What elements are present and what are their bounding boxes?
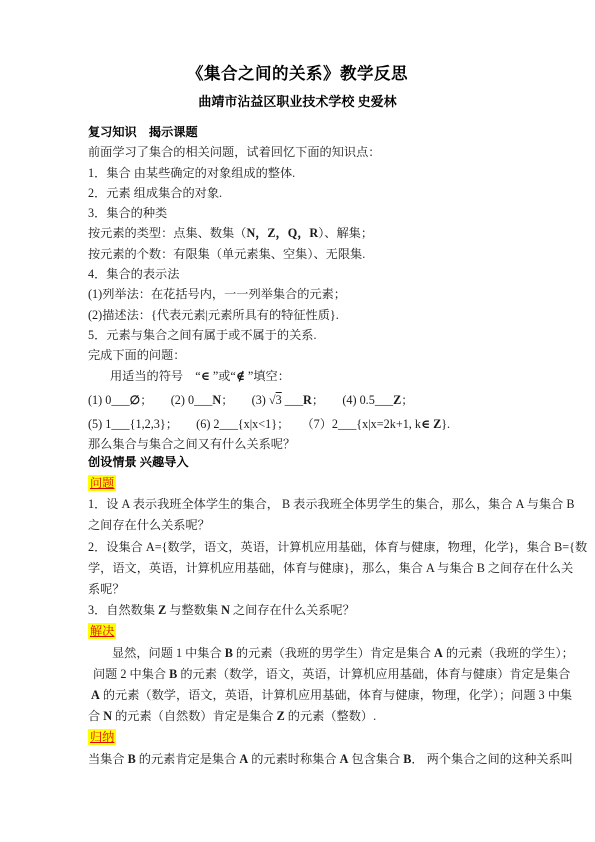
text-segment: 按元素的类型：点集、数集（	[88, 226, 246, 240]
text-segment: 5．元素与集合之间有属于或不属于的关系.	[88, 328, 317, 342]
text-segment: 3．集合的种类	[88, 206, 167, 220]
text-segment: ”填空：	[245, 369, 290, 383]
text-segment: N，Z，Q，R	[246, 226, 318, 240]
text-segment: 按元素的个数：有限集（单元素集、空集）、无限集.	[88, 247, 365, 261]
text-segment: 之间存在什么关系呢？	[230, 603, 355, 617]
text-segment: N	[221, 603, 230, 617]
text-segment: 与整数集	[166, 603, 221, 617]
text-line: 之间存在什么关系呢？	[88, 515, 529, 536]
text-segment: 的元素（数学，语文，英语，计算机应用基础，体育与健康，物理，化学）；问题 3 中…	[100, 688, 572, 702]
text-segment: B	[128, 752, 136, 766]
text-line: 学，语文，英语，计算机应用基础，体育与健康}，那么，集合 A 与集合 B 之间存…	[88, 558, 529, 579]
text-line: 完成下面的问题：	[88, 345, 529, 365]
text-segment: 之间存在什么关系呢？	[88, 518, 210, 532]
text-line: 3．集合的种类	[88, 203, 529, 223]
text-segment: 的元素（数学，语文，英语，计算机应用基础，体育与健康）肯定是集合	[177, 667, 570, 681]
text-segment: 的元素（自然数）肯定是集合	[112, 709, 277, 723]
text-segment: 1．设 A 表示我班全体学生的集合， B 表示我班全体男学生的集合，那么，集合 …	[88, 497, 575, 511]
text-line: 1．集合 由某些确定的对象组成的整体.	[88, 163, 529, 183]
text-segment: 2．元素 组成集合的对象.	[88, 186, 222, 200]
text-line: (2)描述法：{代表元素|元素所具有的特征性质}.	[88, 305, 529, 325]
text-segment: (2)描述法：{代表元素|元素所具有的特征性质}.	[88, 308, 339, 322]
text-segment: ∅	[130, 393, 141, 407]
text-line: 系呢？	[88, 579, 529, 600]
text-segment: 3．自然数集	[88, 603, 158, 617]
text-segment: 显然，问题 1 中集合	[112, 646, 225, 660]
text-segment: A	[434, 646, 443, 660]
text-segment: (1)列举法：在花括号内，一一列举集合的元素；	[88, 287, 346, 301]
text-segment: B	[225, 646, 233, 660]
text-line: 1．设 A 表示我班全体学生的集合， B 表示我班全体男学生的集合，那么，集合 …	[88, 494, 529, 515]
text-segment: ∉	[236, 369, 245, 383]
text-segment: 4．集合的表示法	[88, 267, 179, 281]
text-segment: Z	[158, 603, 166, 617]
text-segment: ； (4) 0.5___	[312, 393, 393, 407]
text-segment: A	[91, 688, 100, 702]
text-segment: 问题 2 中集合	[93, 667, 169, 681]
text-line: 4．集合的表示法	[88, 264, 529, 284]
text-segment: (5) 1___{1,2,3}； (6) 2___{x|x<1}； （7）2__…	[88, 417, 421, 431]
text-segment: 学，语文，英语，计算机应用基础，体育与健康}，那么，集合 A 与集合 B 之间存…	[88, 561, 573, 575]
text-line: 2．设集合 A={数学，语文，英语，计算机应用基础，体育与健康，物理，化学}，集…	[88, 537, 529, 558]
text-segment: 的元素（我班的男学生）肯定是集合	[233, 646, 434, 660]
text-line: 5．元素与集合之间有属于或不属于的关系.	[88, 325, 529, 345]
text-segment: ”或“	[210, 369, 236, 383]
text-line: 2．元素 组成集合的对象.	[88, 183, 529, 203]
text-line: (5) 1___{1,2,3}； (6) 2___{x|x<1}； （7）2__…	[88, 414, 529, 434]
text-segment: ； (3)	[221, 393, 269, 407]
text-segment: 的元素（我班的学生）；	[443, 646, 574, 660]
highlight-marker: 问题	[88, 473, 529, 494]
text-segment: 合	[88, 709, 103, 723]
text-segment: 创设情景 兴趣导入	[88, 455, 189, 469]
text-segment: }.	[441, 417, 450, 431]
text-line: 问题 2 中集合 B 的元素（数学，语文，英语，计算机应用基础，体育与健康）肯定…	[88, 664, 529, 685]
text-segment: ∈ Z	[421, 417, 441, 431]
highlight-marker: 归纳	[88, 727, 529, 748]
document-page: 《集合之间的关系》教学反思 曲靖市沾益区职业技术学校 史爱林 复习知识 揭示课题…	[0, 0, 595, 842]
sqrt-expression: √3	[269, 393, 282, 407]
text-segment: 复习知识 揭示课题	[88, 125, 198, 139]
text-segment: ；	[401, 393, 413, 407]
text-segment: R	[303, 393, 312, 407]
text-segment: Z	[277, 709, 285, 723]
text-line: 显然，问题 1 中集合 B 的元素（我班的男学生）肯定是集合 A 的元素（我班的…	[88, 643, 529, 664]
text-segment: 2．设集合 A={数学，语文，英语，计算机应用基础，体育与健康，物理，化学}，集…	[88, 540, 587, 554]
text-line: 前面学习了集合的相关问题，试着回忆下面的知识点：	[88, 142, 529, 162]
text-segment: 完成下面的问题：	[88, 348, 186, 362]
text-segment: 前面学习了集合的相关问题，试着回忆下面的知识点：	[88, 145, 381, 159]
text-line: 按元素的个数：有限集（单元素集、空集）、无限集.	[88, 244, 529, 264]
text-segment: 包含集合	[348, 752, 403, 766]
marker-text: 解决	[88, 623, 116, 639]
text-line: 按元素的类型：点集、数集（N，Z，Q，R）、解集；	[88, 223, 529, 243]
text-segment: 系呢？	[88, 582, 125, 596]
text-segment: ∈	[201, 369, 210, 383]
text-line: (1)列举法：在花括号内，一一列举集合的元素；	[88, 284, 529, 304]
text-segment: 的元素时称集合	[248, 752, 339, 766]
text-segment: 那么集合与集合之间又有什么关系呢？	[88, 437, 295, 451]
document-body: 复习知识 揭示课题前面学习了集合的相关问题，试着回忆下面的知识点：1．集合 由某…	[88, 122, 529, 770]
text-segment: N	[103, 709, 112, 723]
text-line: (1) 0___∅； (2) 0___N； (3) √3 ___R； (4) 0…	[88, 390, 529, 410]
text-line: A 的元素（数学，语文，英语，计算机应用基础，体育与健康，物理，化学）；问题 3…	[88, 685, 529, 706]
text-line: 用适当的符号 “∈ ”或“∉ ”填空：	[88, 366, 529, 386]
text-line: 当集合 B 的元素肯定是集合 A 的元素时称集合 A 包含集合 B． 两个集合之…	[88, 749, 529, 770]
document-author-line: 曲靖市沾益区职业技术学校 史爱林	[0, 93, 595, 111]
marker-text: 归纳	[88, 729, 116, 745]
text-segment: 的元素（整数）.	[285, 709, 376, 723]
text-segment: 1．集合 由某些确定的对象组成的整体.	[88, 166, 295, 180]
document-title: 《集合之间的关系》教学反思	[0, 0, 595, 86]
text-segment: (1) 0___	[88, 393, 130, 407]
text-segment: ． 两个集合之间的这种关系叫	[411, 752, 572, 766]
highlight-marker: 解决	[88, 621, 529, 642]
text-segment: 当集合	[88, 752, 128, 766]
text-line: 3．自然数集 Z 与整数集 N 之间存在什么关系呢？	[88, 600, 529, 621]
text-line: 合 N 的元素（自然数）肯定是集合 Z 的元素（整数）.	[88, 706, 529, 727]
section-heading: 创设情景 兴趣导入	[88, 452, 529, 473]
text-segment: 的元素肯定是集合	[136, 752, 240, 766]
marker-text: 问题	[88, 475, 116, 491]
text-segment: N	[212, 393, 221, 407]
text-segment: 用适当的符号 “	[110, 369, 201, 383]
text-segment: ___	[282, 393, 303, 407]
text-segment: ； (2) 0___	[140, 393, 212, 407]
text-segment: A	[239, 752, 248, 766]
text-segment: ）、解集；	[318, 226, 373, 240]
section-heading: 复习知识 揭示课题	[88, 122, 529, 142]
